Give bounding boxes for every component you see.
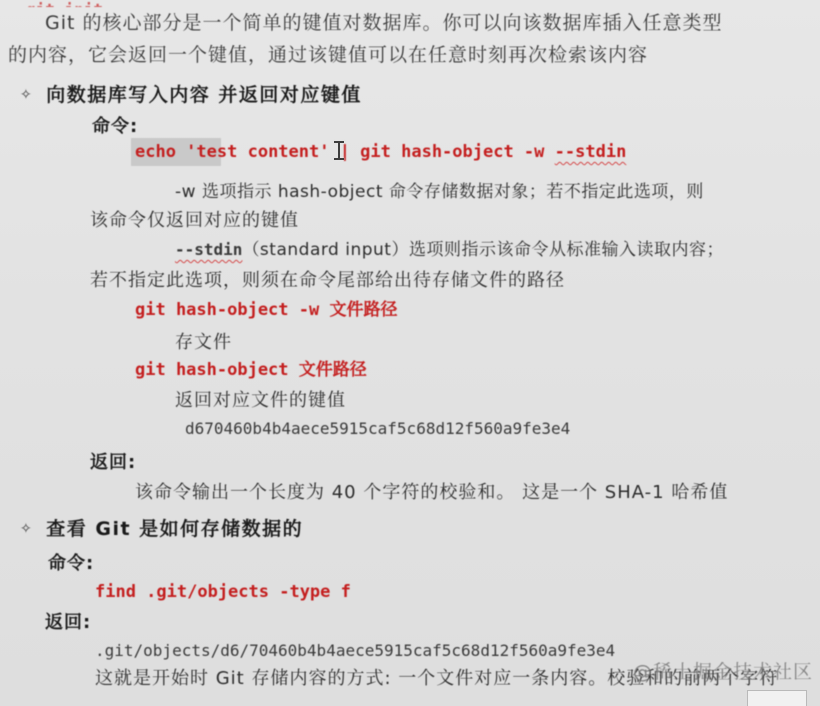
section-heading-write: ✧向数据库写入内容 并返回对应键值: [20, 84, 362, 108]
command-line-hash-object-w-path: git hash-object -w 文件路径: [135, 300, 397, 321]
intro-paragraph-line-2: 的内容，它会返回一个键值，通过该键值可以在任意时刻再次检索该内容: [8, 44, 648, 68]
sha1-hash-output: d670460b4b4aece5915caf5c68d12f560a9fe3e4: [185, 419, 570, 439]
stdin-option-explanation-line-2: 若不指定此选项，则须在命令尾部给出待存储文件的路径: [90, 270, 565, 293]
bottom-right-partial-box: [747, 690, 807, 706]
stdin-explanation-text: （standard input）选项则指示该命令从标准输入读取内容；: [242, 240, 724, 260]
command-text: st content' | git hash-object -w: [217, 142, 555, 162]
command-label-2: 命令:: [48, 553, 94, 576]
stdin-flag-spellcheck: --stdin: [555, 142, 627, 162]
section-heading-inspect: ✧查看 Git 是如何存储数据的: [20, 518, 303, 542]
w-option-explanation-line-1: -w 选项指示 hash-object 命令存储数据对象；若不指定此选项，则: [175, 182, 704, 203]
diamond-bullet-icon: ✧: [20, 87, 33, 105]
return-label-1: 返回:: [90, 452, 136, 475]
command-line-echo-hash-object[interactable]: echo 'test content' | git hash-object -w…: [135, 142, 626, 163]
intro-paragraph-line-1: Git 的核心部分是一个简单的键值对数据库。你可以向该数据库插入任意类型: [45, 12, 723, 36]
document-page: git init Git 的核心部分是一个简单的键值对数据库。你可以向该数据库插…: [0, 0, 820, 706]
return-key-note: 返回对应文件的键值: [175, 390, 346, 413]
command-line-hash-object-path: git hash-object 文件路径: [135, 360, 367, 381]
object-path-output: .git/objects/d6/70460b4b4aece5915caf5c68…: [95, 641, 615, 661]
return-label-2: 返回:: [45, 612, 91, 635]
clipped-previous-line: git init: [26, 0, 166, 7]
store-file-note: 存文件: [175, 332, 232, 355]
return-explanation-text: 该命令输出一个长度为 40 个字符的校验和。 这是一个 SHA-1 哈希值: [135, 482, 728, 505]
section-heading-inspect-label: 查看 Git 是如何存储数据的: [46, 518, 303, 540]
juejin-watermark: @稀土掘金技术社区: [633, 661, 813, 685]
text-ibeam-cursor-icon: [332, 141, 346, 162]
command-line-find-objects: find .git/objects -type f: [95, 582, 351, 603]
diamond-bullet-icon: ✧: [20, 521, 33, 539]
w-option-explanation-line-2: 该命令仅返回对应的键值: [90, 210, 299, 233]
section-heading-write-label: 向数据库写入内容 并返回对应键值: [46, 84, 362, 106]
command-label-1: 命令:: [92, 116, 138, 139]
clipped-red-command-fragment: git init: [26, 0, 103, 7]
selected-text: echo 'te: [135, 142, 217, 162]
stdin-option-explanation-line-1: --stdin（standard input）选项则指示该命令从标准输入读取内容…: [175, 240, 724, 261]
stdin-flag-spellcheck-2: --stdin: [175, 240, 242, 259]
